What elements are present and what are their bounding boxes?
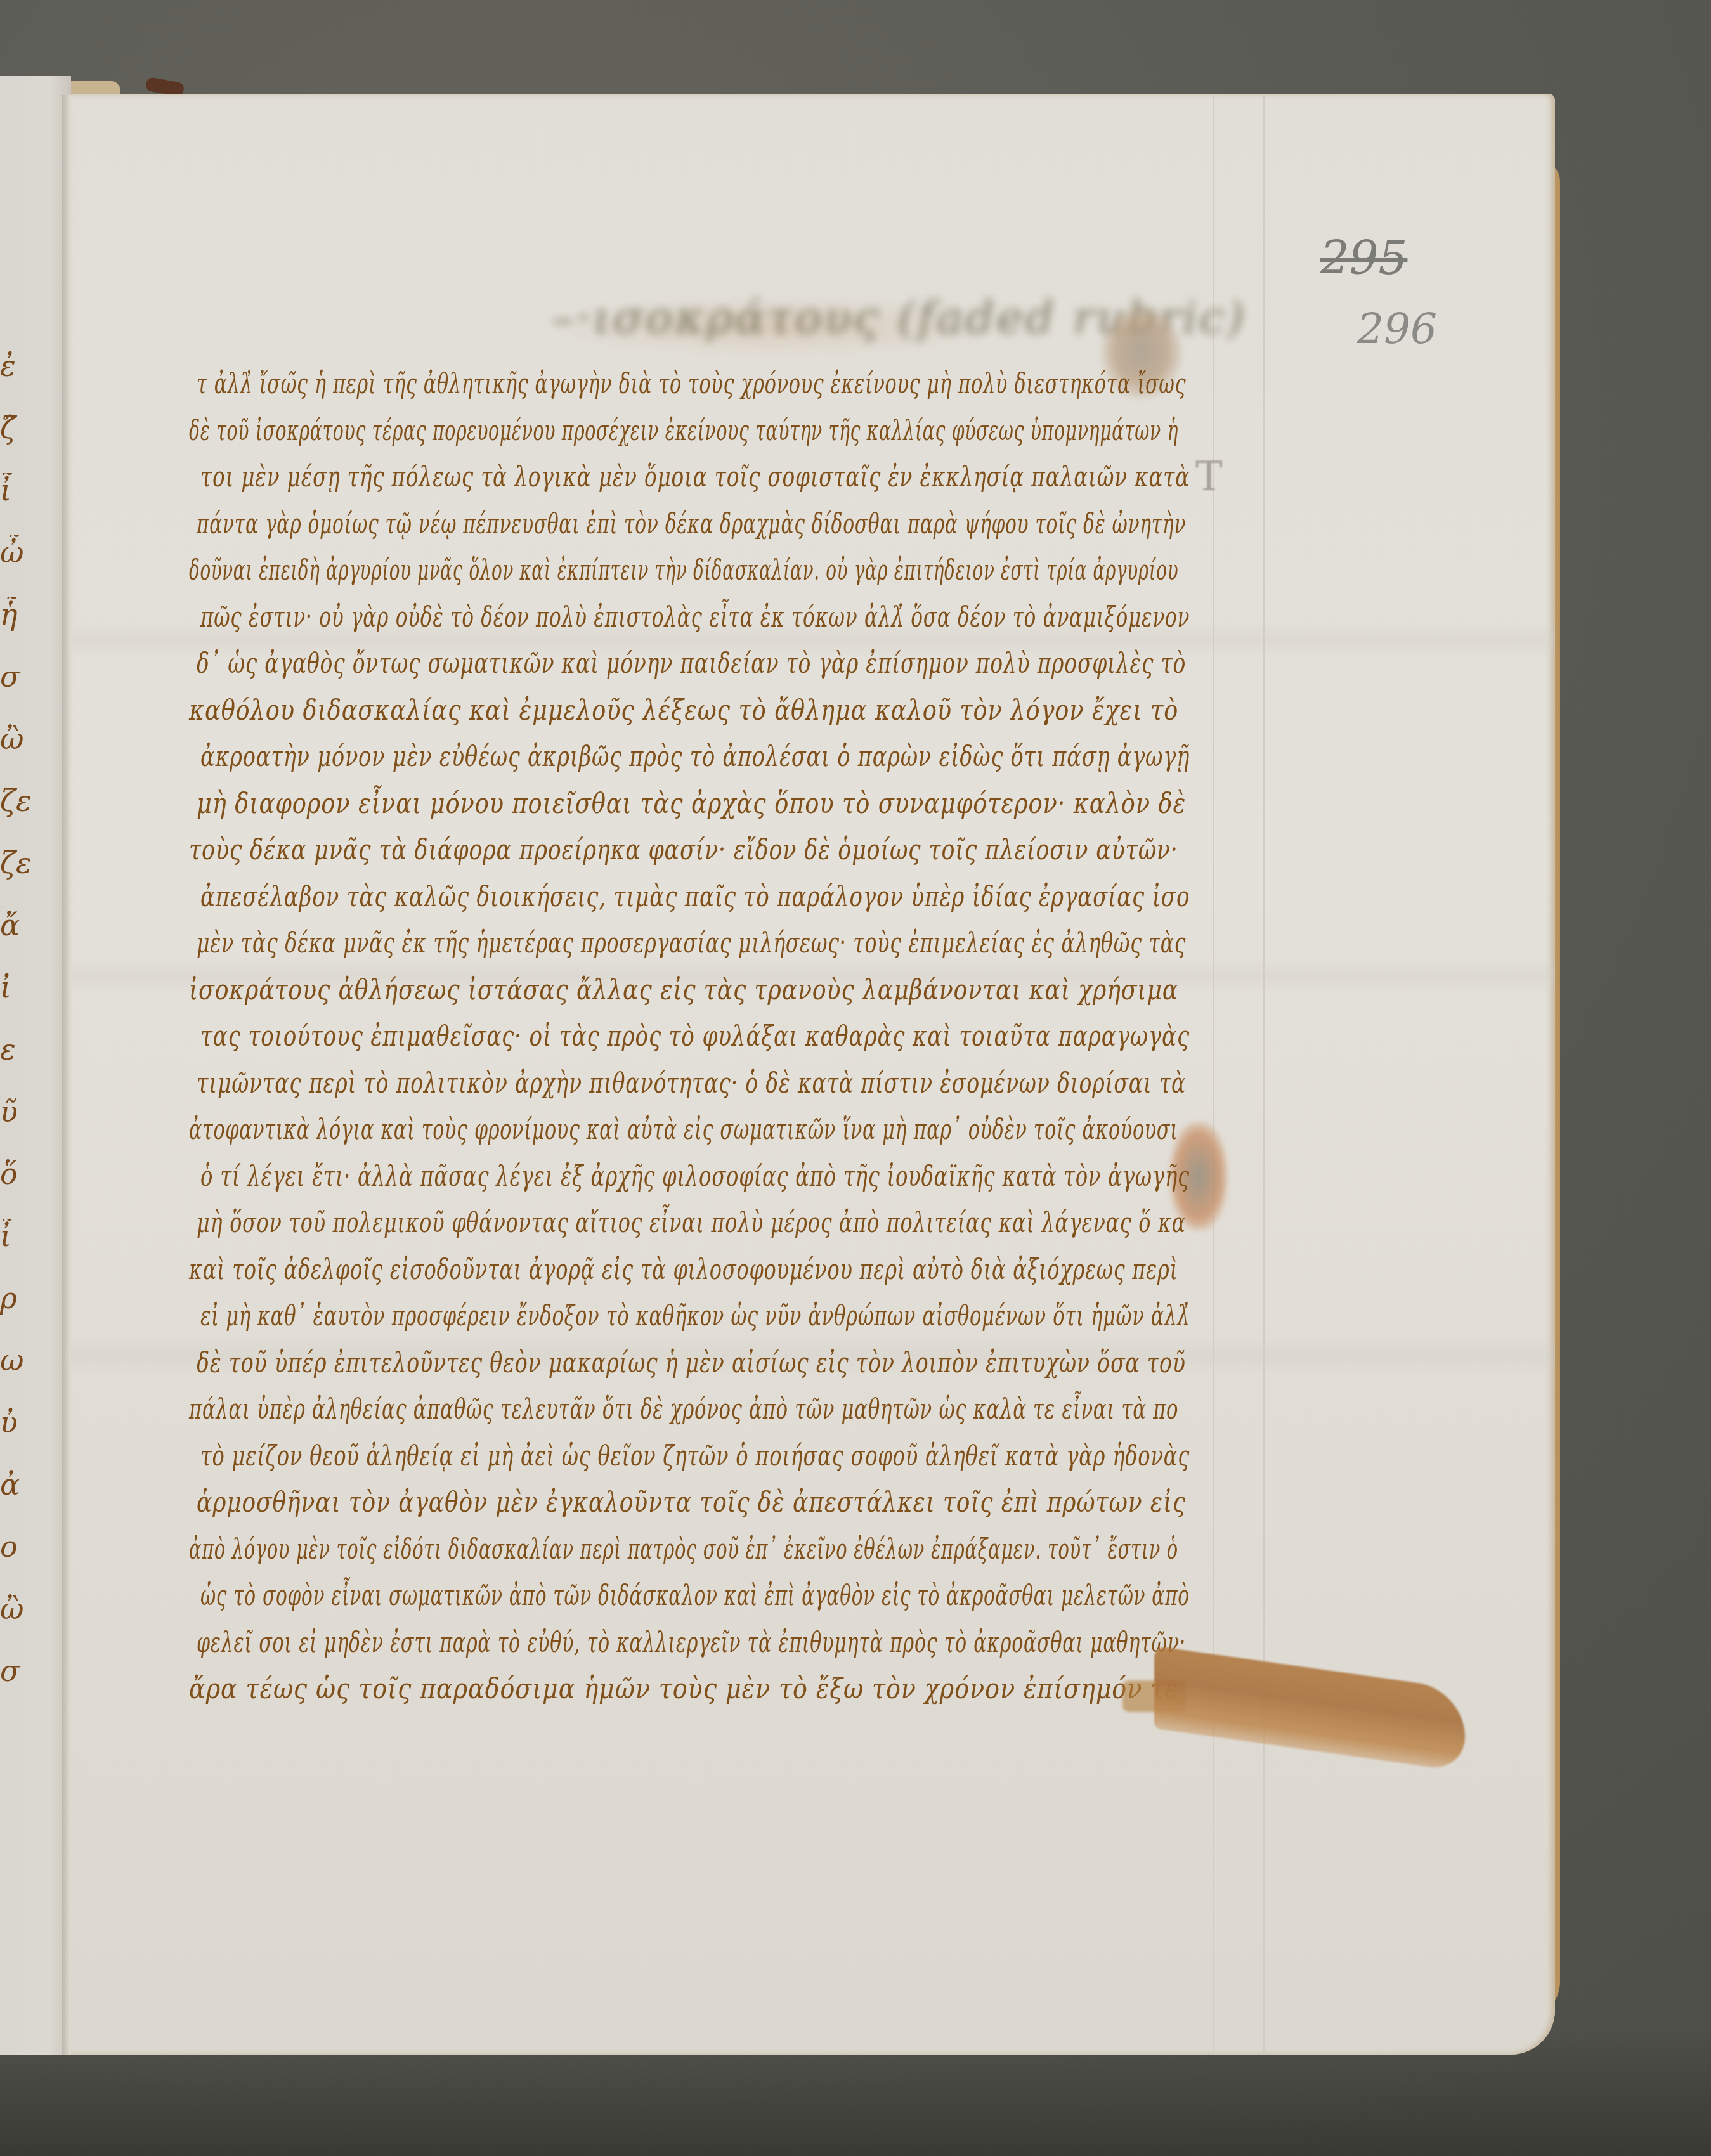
- left-page-fragment: ἶ: [0, 473, 63, 507]
- text-line: εἰ μὴ καθ᾽ ἑαυτὸν προσφέρειν ἔνδοξον τὸ …: [200, 1300, 1190, 1332]
- text-line: καὶ τοῖς ἀδελφοῖς εἰσοδοῦνται ἀγορᾷ εἰς …: [189, 1254, 1178, 1286]
- left-page-fragment: ὢ: [0, 722, 63, 756]
- text-line: μὴ ὅσον τοῦ πολεμικοῦ φθάνοντας αἴτιος ε…: [197, 1207, 1186, 1239]
- text-line: μὴ διαφορον εἶναι μόνου ποιεῖσθαι τὰς ἀρ…: [197, 788, 1186, 820]
- text-line: ἀπὸ λόγου μὲν τοῖς εἰδότι διδασκαλίαν πε…: [189, 1533, 1178, 1566]
- left-page-fragment: ὅ: [0, 1157, 63, 1191]
- left-page-fragment: ὐ: [0, 1405, 63, 1439]
- text-line: ὡς τὸ σοφὸν εἶναι σωματικῶν ἀπὸ τῶν διδά…: [200, 1580, 1190, 1612]
- left-page-fragment: ε: [0, 1032, 63, 1067]
- left-page-fragment: ο: [0, 1529, 63, 1564]
- left-page-fragment: ἶ: [0, 1219, 63, 1253]
- text-line: δὲ τοῦ ἰσοκράτους τέρας πορευομένου προσ…: [189, 415, 1178, 447]
- text-line: ἰσοκράτους ἀθλήσεως ἰστάσας ἄλλας εἰς τὰ…: [189, 974, 1178, 1006]
- text-line: τοι μὲν μέσῃ τῆς πόλεως τὰ λογικὰ μὲν ὅμ…: [200, 461, 1190, 493]
- text-line: φελεῖ σοι εἰ μηδὲν ἐστι παρὰ τὸ εὐθύ, τὸ…: [197, 1627, 1186, 1659]
- text-line: τας τοιούτους ἐπιμαθεῖσας· οἱ τὰς πρὸς τ…: [200, 1020, 1190, 1053]
- text-line: πάντα γὰρ ὁμοίως τῷ νέῳ πέπνευσθαι ἐπὶ τ…: [197, 508, 1186, 540]
- folio-number-struck: 295: [1320, 231, 1407, 285]
- text-line: ἀτοφαντικὰ λόγια καὶ τοὺς φρονίμους καὶ …: [189, 1114, 1178, 1146]
- ruling-line: [1213, 94, 1214, 2055]
- left-page-fragment: ω: [0, 1343, 63, 1377]
- text-line: ὁ τί λέγει ἔτι· ἀλλὰ πᾶσας λέγει ἐξ ἀρχῆ…: [200, 1160, 1190, 1193]
- left-page-fragment: ὢ: [0, 1592, 63, 1626]
- text-line: δὲ τοῦ ὑπέρ ἐπιτελοῦντες θεὸν μακαρίως ἡ…: [197, 1347, 1186, 1379]
- left-page-fragment: ἰ: [0, 970, 63, 1004]
- text-line: ἀπεσέλαβον τὰς καλῶς διοικήσεις, τιμὰς π…: [200, 881, 1190, 913]
- text-line: ἀκροατὴν μόνον μὲν εὐθέως ἀκριβῶς πρὸς τ…: [200, 741, 1190, 773]
- text-line: δοῦναι ἐπειδὴ ἀργυρίου μνᾶς ὅλον καὶ ἐκπ…: [189, 554, 1178, 587]
- left-page-fragment: ρ: [0, 1281, 63, 1315]
- text-line: καθόλου διδασκαλίας καὶ ἐμμελοῦς λέξεως …: [189, 694, 1178, 727]
- left-page-edge: ἐζ̂ἶὦἧσὢζεζεἄἰεῦὅἶρωὐἀοὢσ: [0, 76, 71, 2055]
- text-line: πάλαι ὑπὲρ ἀληθείας ἀπαθῶς τελευτᾶν ὅτι …: [189, 1393, 1178, 1425]
- left-page-fragment: ἐ: [0, 349, 63, 383]
- text-line: τ ἀλλ̓ ἴσω̃ς ἡ περὶ τῆς ἀθλητικῆς ἀγωγὴν…: [197, 368, 1186, 400]
- folio-number: 296: [1357, 304, 1437, 353]
- text-line: ἁρμοσθῆναι τὸν ἀγαθὸν μὲν ἐγκαλοῦντα τοῖ…: [197, 1486, 1186, 1519]
- left-page-fragment: σ: [0, 659, 63, 694]
- faded-heading: –·ισοκράτους (faded rubric): [552, 292, 989, 349]
- text-line: μὲν τὰς δέκα μνᾶς ἐκ τῆς ἡμετέρας προσερ…: [197, 927, 1186, 959]
- gutter: [62, 95, 71, 2055]
- ruling-line: [1263, 94, 1265, 2055]
- left-page-fragment: ῦ: [0, 1094, 63, 1129]
- left-page-fragment: ζε: [0, 846, 63, 880]
- text-line: τὸ μείζον θεοῦ ἀληθείᾳ εἰ μὴ ἀεὶ ὡς θεῖο…: [200, 1440, 1190, 1472]
- left-page-fragment: ἧ: [0, 597, 63, 632]
- left-page-fragment: ἀ: [0, 1467, 63, 1502]
- left-page-fragment: ζ̂: [0, 411, 63, 445]
- text-line: τιμῶντας περὶ τὸ πολιτικὸν ἀρχὴν πιθανότ…: [197, 1067, 1186, 1100]
- left-page-fragment: ζε: [0, 784, 63, 818]
- left-page-fragment: ὦ: [0, 535, 63, 569]
- text-line: πῶς ἐστιν· οὐ γὰρ οὐδὲ τὸ δέον πολὺ ἐπισ…: [200, 601, 1190, 633]
- margin-t-mark-icon: T: [1195, 453, 1223, 500]
- left-page-fragment: ἄ: [0, 908, 63, 942]
- text-line: ἄρα τέως ὡς τοῖς παραδόσιμα ἡμῶν τοὺς μὲ…: [189, 1673, 1178, 1705]
- text-line: τοὺς δέκα μνᾶς τὰ διάφορα προείρηκα φασί…: [189, 834, 1178, 866]
- left-page-fragment: σ: [0, 1654, 63, 1688]
- text-line: δ᾽ ὡς ἀγαθὸς ὄντως σωματικῶν καὶ μόνην π…: [197, 647, 1186, 680]
